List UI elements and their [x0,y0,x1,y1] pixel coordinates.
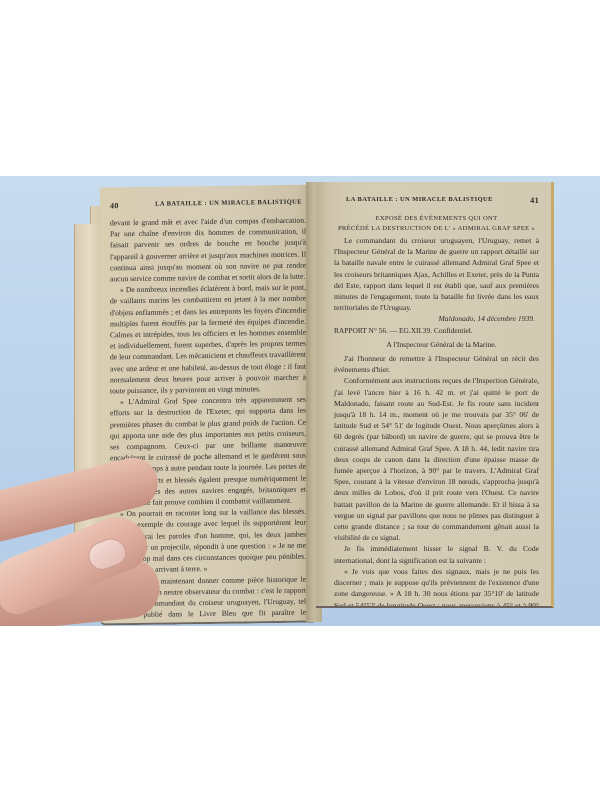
photo-scene: 40 LA BATAILLE : UN MIRACLE BALISTIQUE d… [0,0,600,800]
book-photograph: 40 LA BATAILLE : UN MIRACLE BALISTIQUE d… [0,176,600,626]
right-paragraph: J'ai l'honneur de remettre à l'Inspecteu… [334,353,539,375]
right-page-number: 41 [530,196,539,205]
addressee: A l'Inspecteur Général de la Marine. [334,339,539,350]
right-running-head: LA BATAILLE : UN MIRACLE BALISTIQUE [346,196,493,205]
left-page-number: 40 [110,201,119,210]
section-title: EXPOSÉ DES ÉVÉNEMENTS QUI ONT PRÉCÉDÉ LA… [334,214,539,233]
dateline: Maldonado, 14 décembre 1939. [334,313,535,324]
right-paragraph: « Je vois que vous faites des signaux, m… [334,566,539,608]
right-page: LA BATAILLE : UN MIRACLE BALISTIQUE 41 E… [316,182,554,608]
section-title-line: EXPOSÉ DES ÉVÉNEMENTS QUI ONT [334,214,539,224]
report-reference: RAPPORT N° 56. — EG.XII.39. Confidentiel… [334,325,539,336]
left-running-head: LA BATAILLE : UN MIRACLE BALISTIQUE [155,199,302,210]
holding-hand [0,476,200,626]
left-page-header: 40 LA BATAILLE : UN MIRACLE BALISTIQUE [110,199,302,211]
intro-paragraph: Le commandant du croiseur uruguayen, l'U… [334,235,539,313]
section-title-line: PRÉCÉDÉ LA DESTRUCTION DE L' « ADMIRAL G… [334,224,539,234]
left-paragraph: » De nombreux incendies éclatèrent à bor… [110,282,306,397]
left-paragraph: devant le grand mât et avec l'aide d'un … [110,215,306,285]
right-page-body: EXPOSÉ DES ÉVÉNEMENTS QUI ONT PRÉCÉDÉ LA… [334,214,539,608]
right-paragraph: Conformément aux instructions reçues de … [334,375,539,543]
right-paragraph: Je fis immédiatement hisser le signal B.… [334,543,539,565]
right-page-header: LA BATAILLE : UN MIRACLE BALISTIQUE 41 [346,196,539,205]
